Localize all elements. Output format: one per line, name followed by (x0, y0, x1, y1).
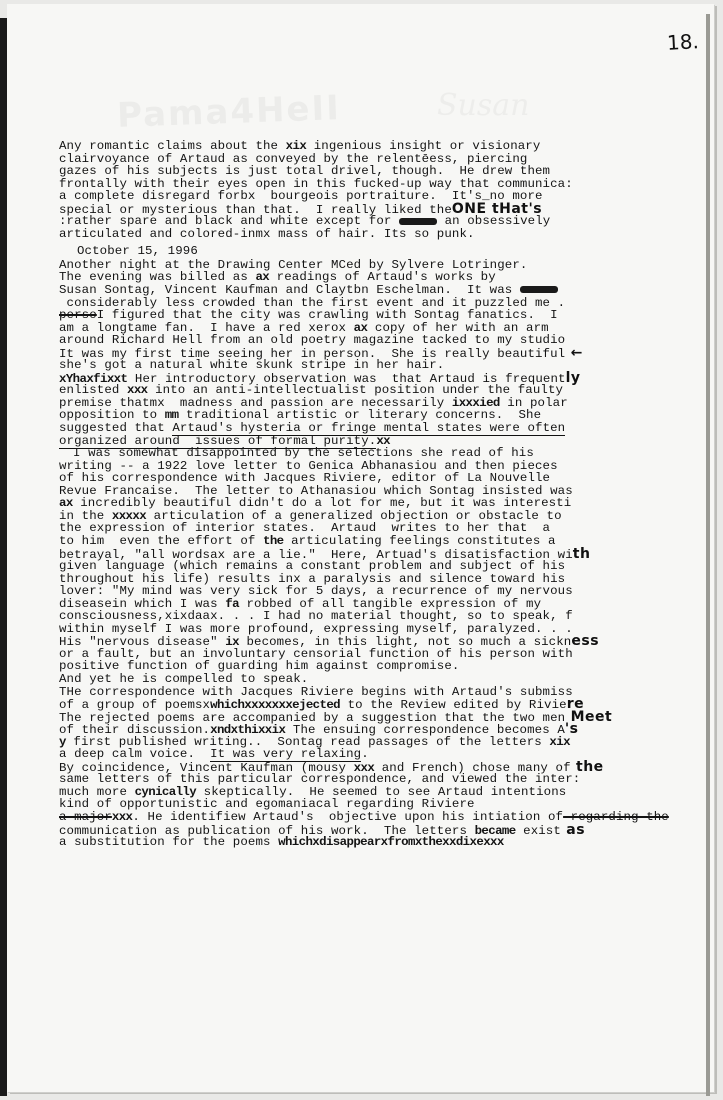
typed-text: within myself I was more profound, expre… (59, 622, 573, 636)
typed-text: suggested that (59, 421, 172, 435)
text-line: within myself I was more profound, expre… (59, 623, 709, 636)
text-line: to him even the effort of the articulati… (59, 535, 709, 548)
text-line: a substitution for the poems whichxdisap… (59, 836, 709, 849)
text-line: a complete disregard forbx bourgeois por… (59, 190, 709, 203)
typed-text: objective upon his intiation of (321, 810, 563, 824)
typed-text: she's got a natural white skunk stripe i… (59, 358, 444, 372)
text-line: she's got a natural white skunk stripe i… (59, 359, 709, 372)
text-line: a majorxxx. He identifiew Artaud's objec… (59, 811, 709, 824)
struck-text: a major (59, 810, 112, 824)
text-line: THe correspondence with Jacques Riviere … (59, 686, 709, 699)
bleed-through-text: Susan (437, 88, 529, 123)
paragraph-2: Another night at the Drawing Center MCed… (59, 259, 709, 447)
typed-text: . He identifiew Artaud's (132, 810, 321, 824)
typed-text: a deep calm voice. (59, 747, 210, 761)
entry-date: October 15, 1996 (59, 245, 709, 258)
binding-spine (0, 18, 7, 1096)
typed-text: THe correspondence with Jacques Riviere … (59, 685, 573, 699)
text-line: The rejected poems are accompanied by a … (59, 711, 709, 724)
typed-text: articulating feelings constitutes a (284, 534, 556, 548)
text-line: a deep calm voice. It was very relaxing. (59, 748, 709, 761)
bleed-through-text: Pama4HeII (116, 88, 341, 136)
paragraph-1: Any romantic claims about the xix ingeni… (59, 140, 709, 240)
scribbled-out-word (520, 286, 558, 293)
document-page: Pama4HeII Susan 18. Any romantic claims … (7, 4, 714, 1092)
typed-text: articulated and colored-inmx mass of hai… (59, 227, 475, 241)
typed-over-text: the (263, 534, 284, 548)
page-number: 18. (666, 29, 699, 55)
typed-over-text: whichxdisappearxfromxthexxdixexxx (278, 835, 504, 849)
typed-text: to him even the effort of (59, 534, 263, 548)
typed-text: a substitution for the poems (59, 835, 278, 849)
typed-over-text: xxx (112, 810, 133, 824)
typed-over-text: xix (549, 735, 570, 749)
scribbled-out-word (399, 218, 437, 225)
text-line: around Richard Hell from an old poetry m… (59, 334, 709, 347)
typewritten-body: Any romantic claims about the xix ingeni… (59, 140, 709, 849)
paragraph-4: THe correspondence with Jacques Riviere … (59, 686, 709, 849)
typed-text: around Richard Hell from an old poetry m… (59, 333, 565, 347)
typed-text: . (361, 747, 369, 761)
paragraph-3: I was somewhat disappointed by the selec… (59, 447, 709, 685)
text-line: articulated and colored-inmx mass of hai… (59, 228, 709, 241)
